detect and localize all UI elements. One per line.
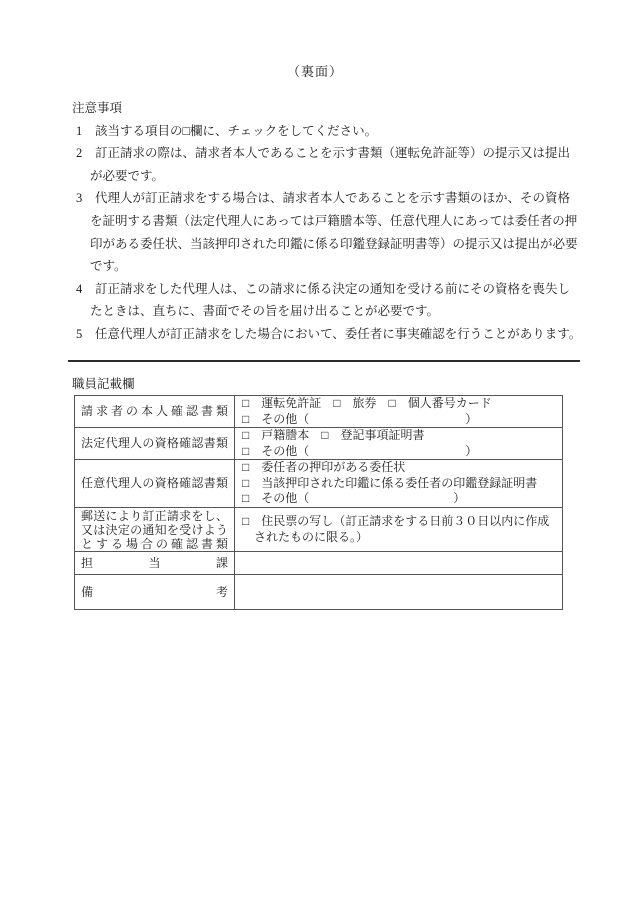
row-label-cell: 郵送により訂正請求をし、 又は決定の通知を受けよう とする場合の確認書類 (75, 508, 235, 551)
note-text: 該当する項目の□欄に、チェックをしてください。 (95, 124, 377, 138)
table-row-voluntary-representative-documents: 任意代理人の資格確認書類 □ 委任者の押印がある委任状 □ 当該押印された印鑑に… (75, 459, 562, 507)
document-page: （裏面） 注意事項 1該当する項目の□欄に、チェックをしてください。 2訂正請求… (0, 0, 630, 903)
staff-entry-section: 職員記載欄 請求者の本人確認書類 □ 運転免許証 □ 旅券 □ 個人番号カード … (74, 376, 563, 610)
empty-entry-cell (235, 552, 562, 574)
row-label: 担当課 (81, 556, 228, 571)
note-number: 3 (76, 187, 95, 210)
table-row-requester-id-documents: 請求者の本人確認書類 □ 運転免許証 □ 旅券 □ 個人番号カード □ その他（… (75, 396, 562, 427)
row-label-cell: 任意代理人の資格確認書類 (75, 460, 235, 507)
row-label: 郵送により訂正請求をし、 (81, 509, 228, 523)
checkbox-option-line: □ 戸籍謄本 □ 登記事項証明書 (242, 428, 562, 444)
note-number: 4 (76, 278, 95, 301)
checkbox-option-line: □ 当該押印された印鑑に係る委任者の印鑑登録証明書 (242, 476, 562, 492)
row-label: 任意代理人の資格確認書類 (81, 476, 228, 491)
section-divider (68, 360, 580, 362)
empty-entry-cell (235, 575, 562, 609)
note-line: 5任意代理人が訂正請求をした場合において、委任者に事実確認を行うことがあります。 (76, 323, 584, 346)
note-line: が必要です。 (76, 165, 584, 188)
table-row-legal-representative-documents: 法定代理人の資格確認書類 □ 戸籍謄本 □ 登記事項証明書 □ その他（ ） (75, 427, 562, 459)
note-line: を証明する書類（法定代理人にあっては戸籍謄本等、任意代理人にあっては委任者の押 (76, 210, 584, 233)
table-row-mail-request-documents: 郵送により訂正請求をし、 又は決定の通知を受けよう とする場合の確認書類 □ 住… (75, 507, 562, 551)
note-line: 2訂正請求の際は、請求者本人であることを示す書類（運転免許証等）の提示又は提出 (76, 142, 584, 165)
checkbox-option-line: □ 委任者の押印がある委任状 (242, 460, 562, 476)
row-label: 法定代理人の資格確認書類 (81, 436, 228, 451)
note-text: 任意代理人が訂正請求をした場合において、委任者に事実確認を行うことがあります。 (95, 327, 581, 341)
row-label: とする場合の確認書類 (81, 537, 228, 551)
note-item-1: 1該当する項目の□欄に、チェックをしてください。 (76, 120, 584, 143)
checkbox-option-line: □ その他（ ） (242, 412, 562, 428)
checkbox-option-line: □ 運転免許証 □ 旅券 □ 個人番号カード (242, 396, 562, 412)
table-row-remarks: 備考 (75, 574, 562, 609)
checkbox-option-line: □ その他（ ） (242, 491, 562, 507)
note-line: です。 (76, 255, 584, 278)
checkbox-option-line: □ その他（ ） (242, 444, 562, 460)
staff-table: 請求者の本人確認書類 □ 運転免許証 □ 旅券 □ 個人番号カード □ その他（… (74, 395, 563, 610)
checkbox-option-continuation: されたものに限る。） (242, 530, 562, 546)
row-content-cell: □ 委任者の押印がある委任状 □ 当該押印された印鑑に係る委任者の印鑑登録証明書… (235, 460, 562, 507)
row-content-cell: □ 戸籍謄本 □ 登記事項証明書 □ その他（ ） (235, 428, 562, 459)
notes-heading: 注意事項 (72, 97, 584, 120)
note-text: 訂正請求をした代理人は、この請求に係る決定の通知を受ける前にその資格を喪失し (95, 282, 570, 296)
note-number: 2 (76, 142, 95, 165)
note-item-2: 2訂正請求の際は、請求者本人であることを示す書類（運転免許証等）の提示又は提出 … (76, 142, 584, 187)
note-line: 3代理人が訂正請求をする場合は、請求者本人であることを示す書類のほか、その資格 (76, 187, 584, 210)
note-text: 訂正請求の際は、請求者本人であることを示す書類（運転免許証等）の提示又は提出 (95, 146, 570, 160)
row-content-cell: □ 住民票の写し（訂正請求をする日前３０日以内に作成 されたものに限る。） (235, 508, 562, 551)
row-label: 備考 (81, 585, 228, 600)
table-row-department-in-charge: 担当課 (75, 551, 562, 574)
note-number: 1 (76, 120, 95, 143)
note-number: 5 (76, 323, 95, 346)
back-side-label: （裏面） (0, 61, 630, 80)
note-text: 代理人が訂正請求をする場合は、請求者本人であることを示す書類のほか、その資格 (95, 191, 570, 205)
note-line: 印がある委任状、当該押印された印鑑に係る印鑑登録証明書等）の提示又は提出が必要 (76, 233, 584, 256)
row-label: 又は決定の通知を受けよう (81, 523, 228, 537)
notes-section: 注意事項 1該当する項目の□欄に、チェックをしてください。 2訂正請求の際は、請… (72, 97, 584, 346)
note-item-4: 4訂正請求をした代理人は、この請求に係る決定の通知を受ける前にその資格を喪失し … (76, 278, 584, 323)
checkbox-option-line: □ 住民票の写し（訂正請求をする日前３０日以内に作成 (242, 514, 562, 530)
note-line: 4訂正請求をした代理人は、この請求に係る決定の通知を受ける前にその資格を喪失し (76, 278, 584, 301)
note-item-3: 3代理人が訂正請求をする場合は、請求者本人であることを示す書類のほか、その資格 … (76, 187, 584, 277)
row-content-cell: □ 運転免許証 □ 旅券 □ 個人番号カード □ その他（ ） (235, 396, 562, 427)
row-label-cell: 請求者の本人確認書類 (75, 396, 235, 427)
note-line: たときは、直ちに、書面でその旨を届け出ることが必要です。 (76, 300, 584, 323)
row-label-cell: 備考 (75, 575, 235, 609)
row-label-cell: 法定代理人の資格確認書類 (75, 428, 235, 459)
row-label-cell: 担当課 (75, 552, 235, 574)
staff-table-title: 職員記載欄 (72, 376, 563, 393)
row-label: 請求者の本人確認書類 (81, 404, 228, 419)
note-item-5: 5任意代理人が訂正請求をした場合において、委任者に事実確認を行うことがあります。 (76, 323, 584, 346)
note-line: 1該当する項目の□欄に、チェックをしてください。 (76, 120, 584, 143)
